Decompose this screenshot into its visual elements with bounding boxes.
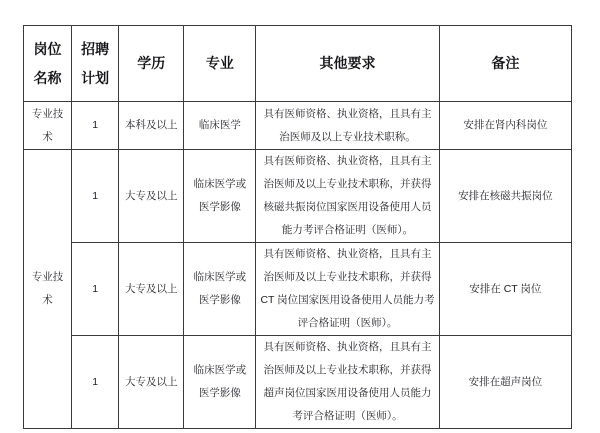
cell-recruit-plan: 1 [72, 336, 119, 429]
cell-recruit-plan: 1 [72, 243, 119, 336]
cell-remarks: 安排在超声岗位 [439, 336, 571, 429]
recruitment-table: 岗位 名称 招聘 计划 学历 专业 其他要求 备注 专业技 术 1 本科及以上 … [23, 25, 572, 429]
cell-education: 大专及以上 [119, 336, 184, 429]
cell-major: 临床医学或 医学影像 [184, 336, 256, 429]
cell-major: 临床医学或 医学影像 [184, 243, 256, 336]
col-header-other-requirements: 其他要求 [256, 26, 439, 102]
cell-other-requirements: 具有医师资格、执业资格，且具有主治医师及以上专业技术职称，并获得核磁共振岗位国家… [256, 150, 439, 243]
col-header-recruit-plan: 招聘 计划 [72, 26, 119, 102]
table-row: 1 大专及以上 临床医学或 医学影像 具有医师资格、执业资格，且具有主治医师及以… [24, 243, 572, 336]
cell-major: 临床医学 [184, 102, 256, 150]
table-row: 专业技 术 1 本科及以上 临床医学 具有医师资格、执业资格，且具有主治医师及以… [24, 102, 572, 150]
table-row: 专业技 术 1 大专及以上 临床医学或 医学影像 具有医师资格、执业资格，且具有… [24, 150, 572, 243]
cell-recruit-plan: 1 [72, 150, 119, 243]
col-header-education: 学历 [119, 26, 184, 102]
cell-major: 临床医学或 医学影像 [184, 150, 256, 243]
cell-other-requirements: 具有医师资格、执业资格，且具有主治医师及以上专业技术职称，并获得 CT 岗位国家… [256, 243, 439, 336]
document-page: 岗位 名称 招聘 计划 学历 专业 其他要求 备注 专业技 术 1 本科及以上 … [0, 0, 600, 433]
table-header-row: 岗位 名称 招聘 计划 学历 专业 其他要求 备注 [24, 26, 572, 102]
col-header-position-name: 岗位 名称 [24, 26, 72, 102]
cell-remarks: 安排在核磁共振岗位 [439, 150, 571, 243]
cell-other-requirements: 具有医师资格、执业资格，且具有主治医师及以上专业技术职称。 [256, 102, 439, 150]
col-header-remarks: 备注 [439, 26, 571, 102]
cell-education: 大专及以上 [119, 243, 184, 336]
cell-remarks: 安排在肾内科岗位 [439, 102, 571, 150]
cell-education: 本科及以上 [119, 102, 184, 150]
col-header-major: 专业 [184, 26, 256, 102]
cell-other-requirements: 具有医师资格、执业资格，且具有主治医师及以上专业技术职称，并获得超声岗位国家医用… [256, 336, 439, 429]
table-row: 1 大专及以上 临床医学或 医学影像 具有医师资格、执业资格，且具有主治医师及以… [24, 336, 572, 429]
cell-position-name-merged: 专业技 术 [24, 150, 72, 429]
cell-education: 大专及以上 [119, 150, 184, 243]
cell-recruit-plan: 1 [72, 102, 119, 150]
cell-remarks: 安排在 CT 岗位 [439, 243, 571, 336]
cell-position-name: 专业技 术 [24, 102, 72, 150]
